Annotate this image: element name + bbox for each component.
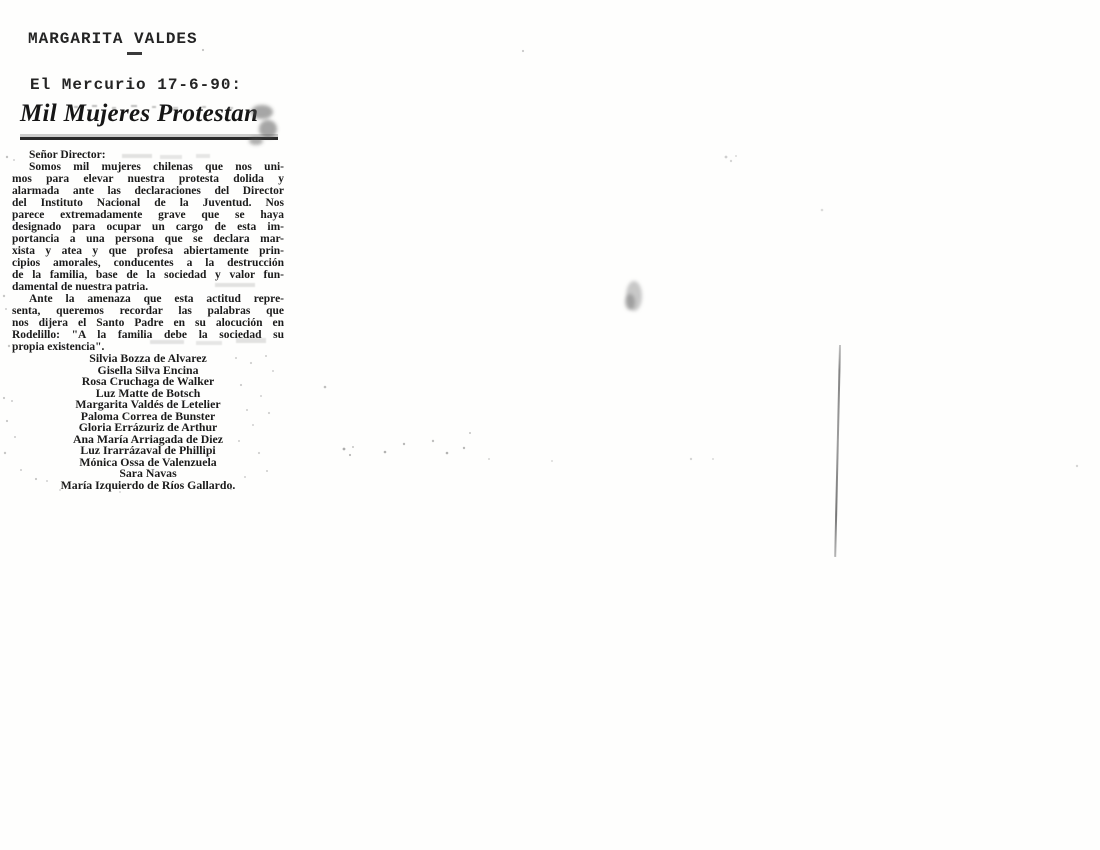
scan-noise-overlay — [0, 0, 1100, 850]
scanned-document-page: MARGARITA VALDES El Mercurio 17-6-90: Mi… — [0, 0, 1100, 850]
